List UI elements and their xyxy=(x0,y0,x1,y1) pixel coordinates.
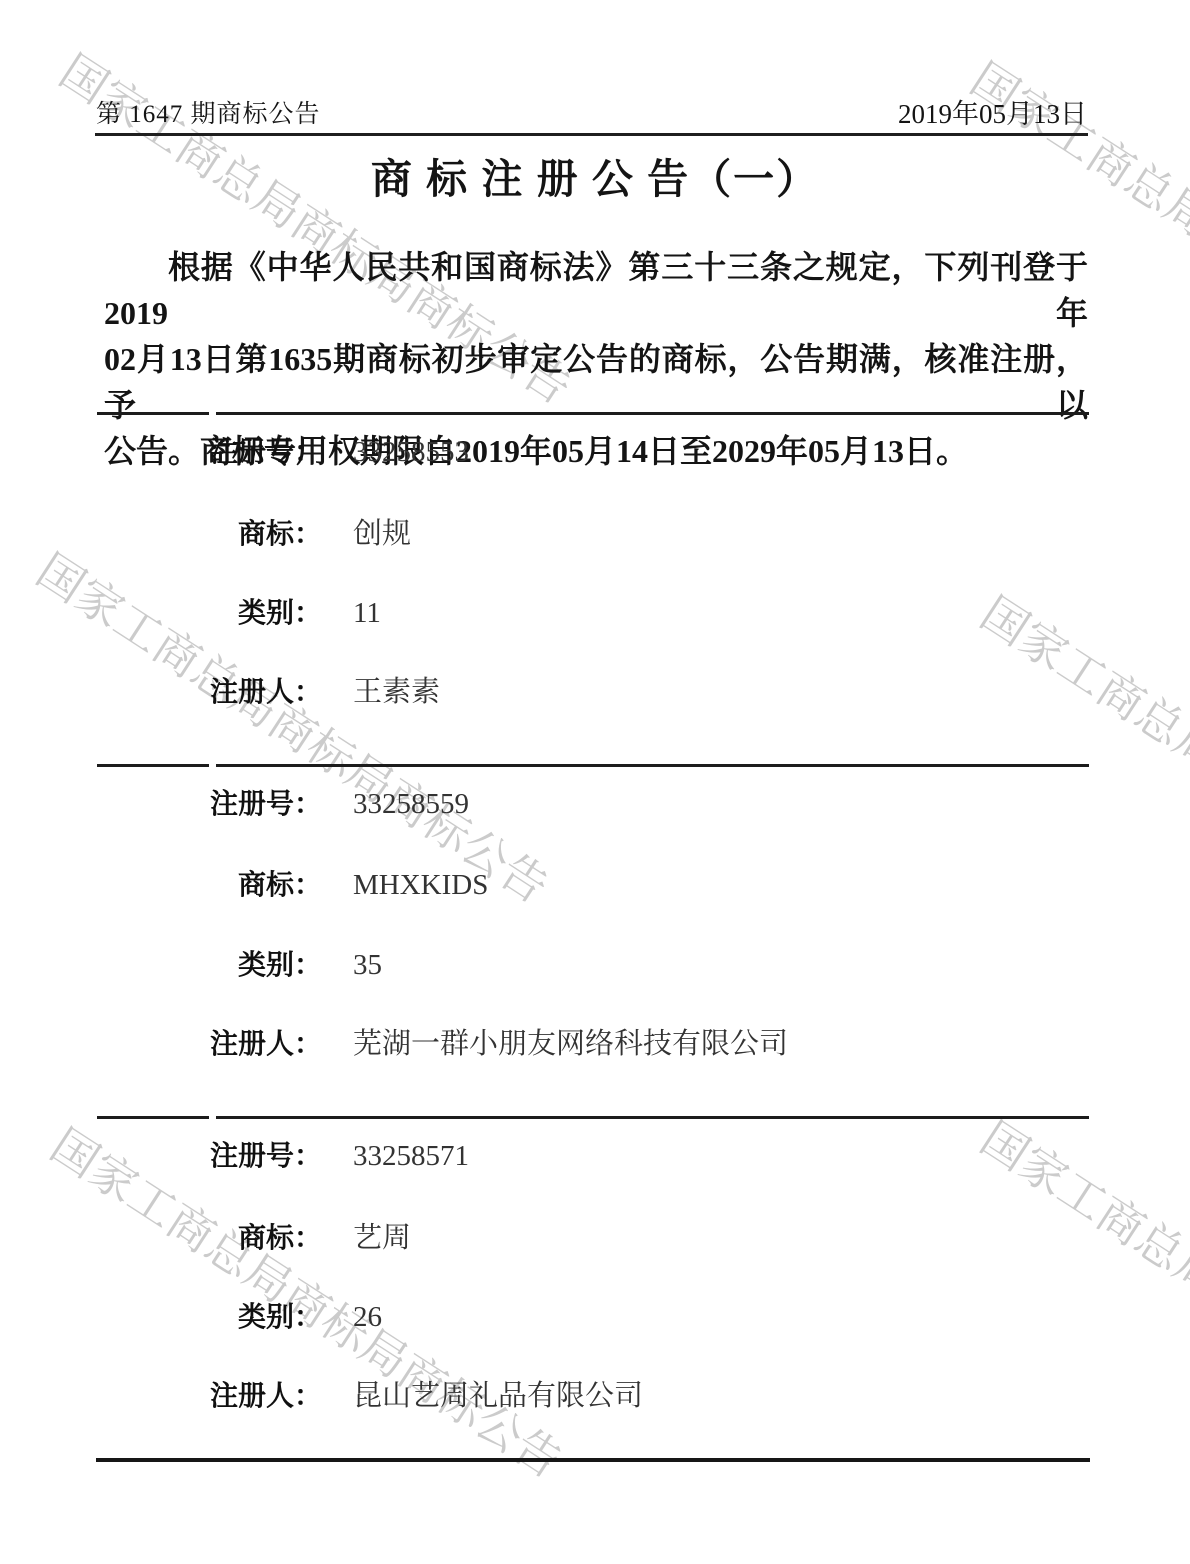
record-separator xyxy=(97,764,1089,767)
record-row-registrant: 注册人：王素素 xyxy=(100,669,1090,710)
separator-notch xyxy=(209,764,216,767)
record-row-registrant: 注册人：昆山艺周礼品有限公司 xyxy=(100,1373,1090,1414)
field-label-class: 类别： xyxy=(100,1295,322,1335)
record-row-reg-no: 注册号：33258559 xyxy=(100,782,1090,822)
record-row-trademark: 商标：创规 xyxy=(100,511,1090,552)
record-row-trademark: 商标：艺周 xyxy=(100,1215,1090,1256)
field-value-reg-no: 33258571 xyxy=(353,1140,469,1173)
field-value-trademark: 艺周 xyxy=(353,1215,411,1256)
record-separator xyxy=(97,412,1089,415)
field-value-registrant: 王素素 xyxy=(353,669,440,710)
field-value-class: 26 xyxy=(353,1301,382,1334)
field-value-class: 11 xyxy=(353,597,381,630)
field-label-trademark: 商标： xyxy=(100,863,322,903)
record-row-trademark: 商标：MHXKIDS xyxy=(100,863,1090,903)
field-value-reg-no: 33258553 xyxy=(353,436,469,469)
record-separator xyxy=(97,1116,1089,1119)
field-label-reg-no: 注册号： xyxy=(100,782,322,822)
record-row-class: 类别：35 xyxy=(100,943,1090,983)
field-label-class: 类别： xyxy=(100,591,322,631)
separator-notch xyxy=(209,412,216,415)
intro-line: 根据《中华人民共和国商标法》第三十三条之规定，下列刊登于2019年 xyxy=(104,244,1088,336)
record-row-reg-no: 注册号：33258571 xyxy=(100,1134,1090,1174)
field-label-reg-no: 注册号： xyxy=(100,430,322,470)
field-label-registrant: 注册人： xyxy=(100,670,322,710)
record-row-class: 类别：11 xyxy=(100,591,1090,631)
field-value-trademark: MHXKIDS xyxy=(353,869,488,902)
field-label-class: 类别： xyxy=(100,943,322,983)
field-label-trademark: 商标： xyxy=(100,1216,322,1256)
separator-notch xyxy=(209,1116,216,1119)
header-issue-number: 第 1647 期商标公告 xyxy=(96,94,321,130)
field-label-registrant: 注册人： xyxy=(100,1374,322,1414)
field-value-registrant: 芜湖一群小朋友网络科技有限公司 xyxy=(353,1021,788,1062)
field-label-reg-no: 注册号： xyxy=(100,1134,322,1174)
field-value-registrant: 昆山艺周礼品有限公司 xyxy=(353,1373,643,1414)
field-value-reg-no: 33258559 xyxy=(353,788,469,821)
document-page: 国家工商总局商标局商标公告 国家工商总局商标局商标公告 国家工商总局商标局商标公… xyxy=(0,0,1190,1564)
field-value-class: 35 xyxy=(353,949,382,982)
header-date: 2019年05月13日 xyxy=(898,92,1087,131)
header-rule xyxy=(95,133,1088,136)
field-value-trademark: 创规 xyxy=(353,511,411,552)
field-label-registrant: 注册人： xyxy=(100,1022,322,1062)
bottom-rule xyxy=(96,1458,1090,1462)
record-row-registrant: 注册人：芜湖一群小朋友网络科技有限公司 xyxy=(100,1021,1090,1062)
record-row-reg-no: 注册号：33258553 xyxy=(100,430,1090,470)
field-label-trademark: 商标： xyxy=(100,512,322,552)
page-title: 商 标 注 册 公 告（一） xyxy=(0,146,1190,205)
record-row-class: 类别：26 xyxy=(100,1295,1090,1335)
